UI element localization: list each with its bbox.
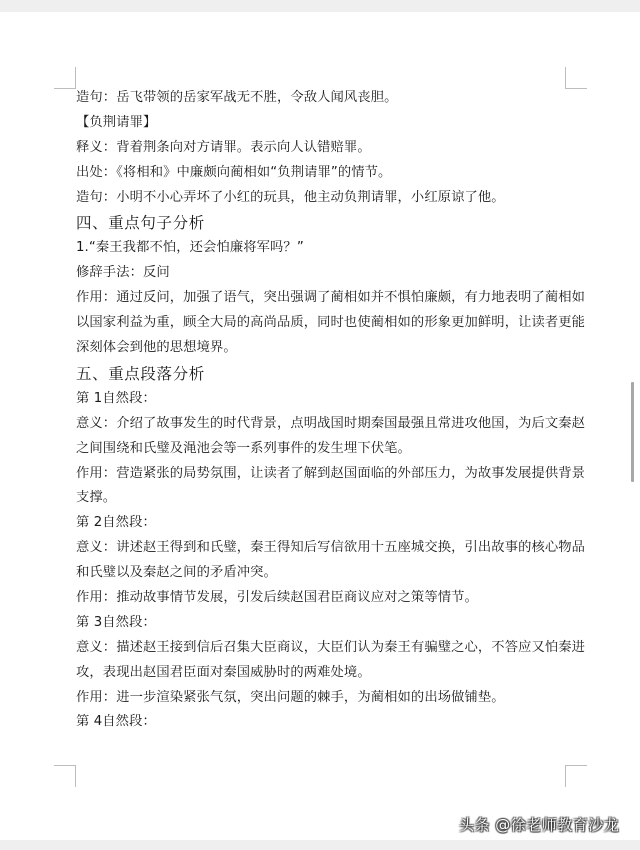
section-heading: 五、重点段落分析 — [76, 361, 576, 387]
key-sentence: 1.“秦王我都不怕，还会怕廉将军吗？” — [76, 236, 576, 261]
paragraph-label: 第 4自然段： — [76, 710, 576, 735]
idiom-source: 出处：《将相和》中廉颇向蔺相如“负荆请罪”的情节。 — [76, 161, 576, 186]
idiom-definition: 释义：背着荆条向对方请罪。表示向人认错赔罪。 — [76, 136, 576, 161]
section-heading: 四、重点句子分析 — [76, 210, 576, 236]
paragraph-label: 第 2自然段： — [76, 511, 576, 536]
meaning-text: 攻，表现出赵国君臣面对秦国威胁时的两难处境。 — [76, 661, 576, 686]
meaning-text: 意义：介绍了故事发生的时代背景，点明战国时期秦国最强且常进攻他国，为后文秦赵 — [76, 412, 576, 437]
watermark: 头条 @徐老师教育沙龙 — [459, 814, 619, 835]
effect-text: 作用：进一步渲染紧张气氛，突出问题的棘手，为蔺相如的出场做铺垫。 — [76, 686, 576, 711]
meaning-text: 意义：描述赵王接到信后召集大臣商议，大臣们认为秦王有骗璧之心，不答应又怕秦进 — [76, 636, 576, 661]
meaning-text: 意义：讲述赵王得到和氏璧，秦王得知后写信欲用十五座城交换，引出故事的核心物品 — [76, 536, 576, 561]
effect-text: 深刻体会到他的思想境界。 — [76, 336, 576, 361]
paragraph-label: 第 3自然段： — [76, 611, 576, 636]
example-sentence: 造句：小明不小心弄坏了小红的玩具，他主动负荆请罪，小红原谅了他。 — [76, 186, 576, 211]
top-gray-band — [0, 0, 640, 12]
effect-text: 作用：推动故事情节发展，引发后续赵国君臣商议应对之策等情节。 — [76, 586, 576, 611]
paragraph-label: 第 1自然段： — [76, 387, 576, 412]
effect-text: 作用：通过反问，加强了语气，突出强调了蔺相如并不惧怕廉颇，有力地表明了蔺相如 — [76, 286, 576, 311]
effect-text: 以国家利益为重，顾全大局的高尚品质，同时也使蔺相如的形象更加鲜明，让读者更能 — [76, 311, 576, 336]
idiom-title: 【负荆请罪】 — [76, 111, 576, 136]
bottom-gray-band — [0, 840, 640, 850]
meaning-text: 和氏璧以及秦赵之间的矛盾冲突。 — [76, 561, 576, 586]
vertical-scrollbar[interactable] — [631, 382, 634, 482]
rhetoric-device: 修辞手法：反问 — [76, 261, 576, 286]
effect-text: 支撑。 — [76, 486, 576, 511]
effect-text: 作用：营造紧张的局势氛围，让读者了解到赵国面临的外部压力，为故事发展提供背景 — [76, 462, 576, 487]
document-body: 造句：岳飞带领的岳家军战无不胜，令敌人闻风丧胆。 【负荆请罪】 释义：背着荆条向… — [76, 86, 576, 735]
example-sentence: 造句：岳飞带领的岳家军战无不胜，令敌人闻风丧胆。 — [76, 86, 576, 111]
meaning-text: 之间围绕和氏璧及渑池会等一系列事件的发生埋下伏笔。 — [76, 437, 576, 462]
